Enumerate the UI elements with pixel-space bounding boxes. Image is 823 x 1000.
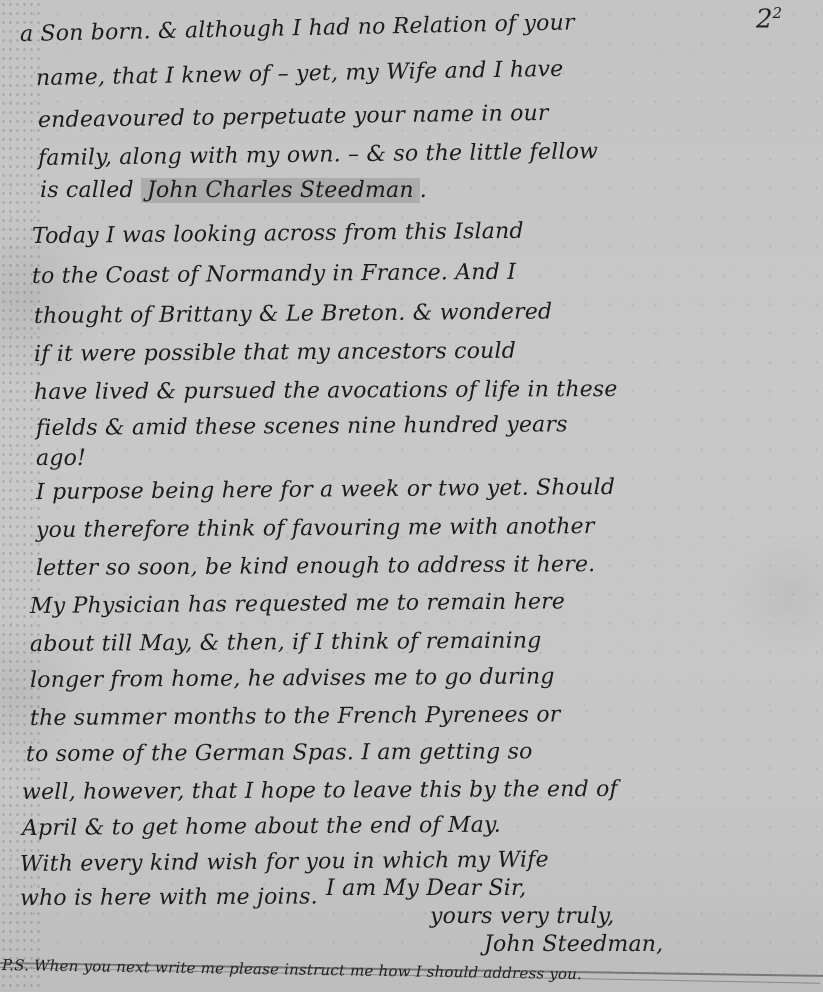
- page-number: 22: [756, 4, 782, 35]
- closing-line-2: yours very truly,: [430, 904, 615, 929]
- letter-line-18: longer from home, he advises me to go du…: [30, 664, 555, 693]
- letter-line-20: to some of the German Spas. I am getting…: [26, 739, 533, 767]
- manuscript-page: 22 a Son born. & although I had no Relat…: [0, 0, 823, 992]
- letter-line-5: is called John Charles Steedman.: [40, 178, 427, 203]
- letter-line-8: thought of Brittany & Le Breton. & wonde…: [34, 299, 552, 329]
- letter-line-6: Today I was looking across from this Isl…: [32, 219, 524, 249]
- letter-line-21: well, however, that I hope to leave this…: [22, 777, 618, 805]
- letter-line-10: have lived & pursued the avocations of l…: [34, 377, 618, 405]
- highlighted-child-name: John Charles Steedman: [141, 178, 420, 203]
- scan-bottom-margin: [0, 992, 823, 1000]
- letter-line-2: name, that I knew of – yet, my Wife and …: [36, 57, 564, 91]
- letter-line-17: about till May, & then, if I think of re…: [30, 628, 542, 657]
- letter-line-14: you therefore think of favouring me with…: [36, 514, 595, 543]
- letter-line-24: who is here with me joins.: [20, 884, 318, 911]
- letter-line-23: With every kind wish for you in which my…: [20, 847, 549, 877]
- letter-line-12: ago!: [36, 446, 86, 471]
- letter-line-16: My Physician has requested me to remain …: [30, 589, 565, 619]
- letter-line-3: endeavoured to perpetuate your name in o…: [38, 101, 549, 133]
- paper-left-edge-noise: [0, 0, 40, 992]
- letter-line-15: letter so soon, be kind enough to addres…: [36, 552, 596, 581]
- letter-line-7: to the Coast of Normandy in France. And …: [32, 260, 516, 289]
- letter-line-4: family, along with my own. – & so the li…: [38, 139, 598, 171]
- letter-line-9: if it were possible that my ancestors co…: [34, 339, 516, 367]
- signature: John Steedman,: [484, 932, 663, 957]
- letter-line-22: April & to get home about the end of May…: [22, 813, 501, 841]
- closing-line-1: I am My Dear Sir,: [326, 876, 527, 901]
- letter-line-1: a Son born. & although I had no Relation…: [20, 10, 575, 47]
- letter-line-19: the summer months to the French Pyrenees…: [30, 702, 561, 731]
- letter-line-11: fields & amid these scenes nine hundred …: [36, 412, 568, 441]
- letter-line-13: I purpose being here for a week or two y…: [36, 475, 615, 505]
